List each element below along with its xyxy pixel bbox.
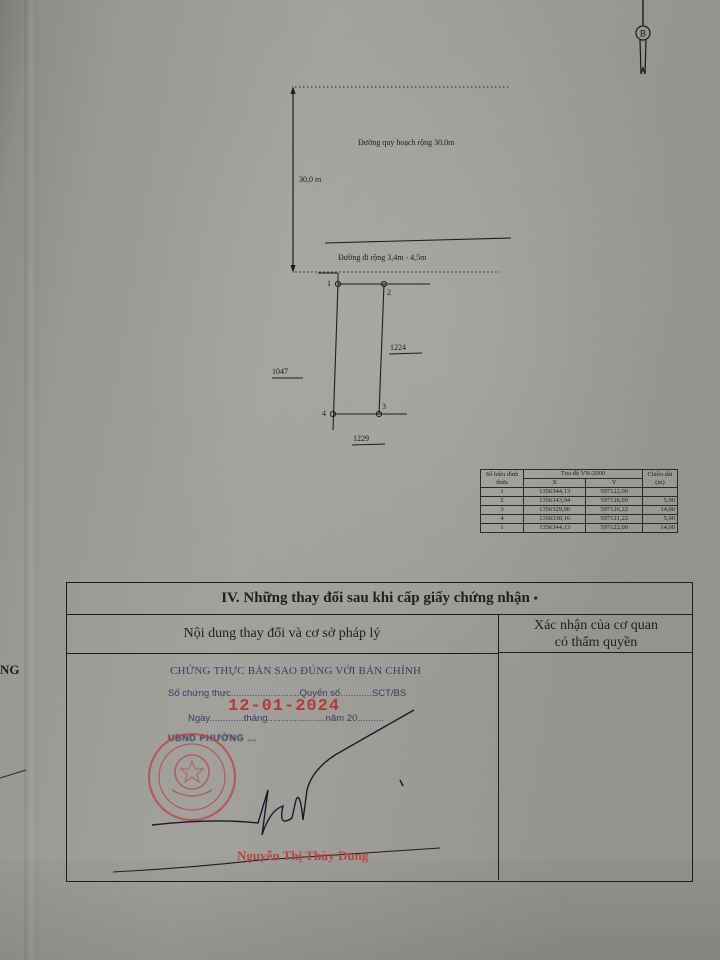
official-seal xyxy=(0,0,720,960)
signer-name: Nguyễn Thị Thùy Dung xyxy=(237,848,368,864)
